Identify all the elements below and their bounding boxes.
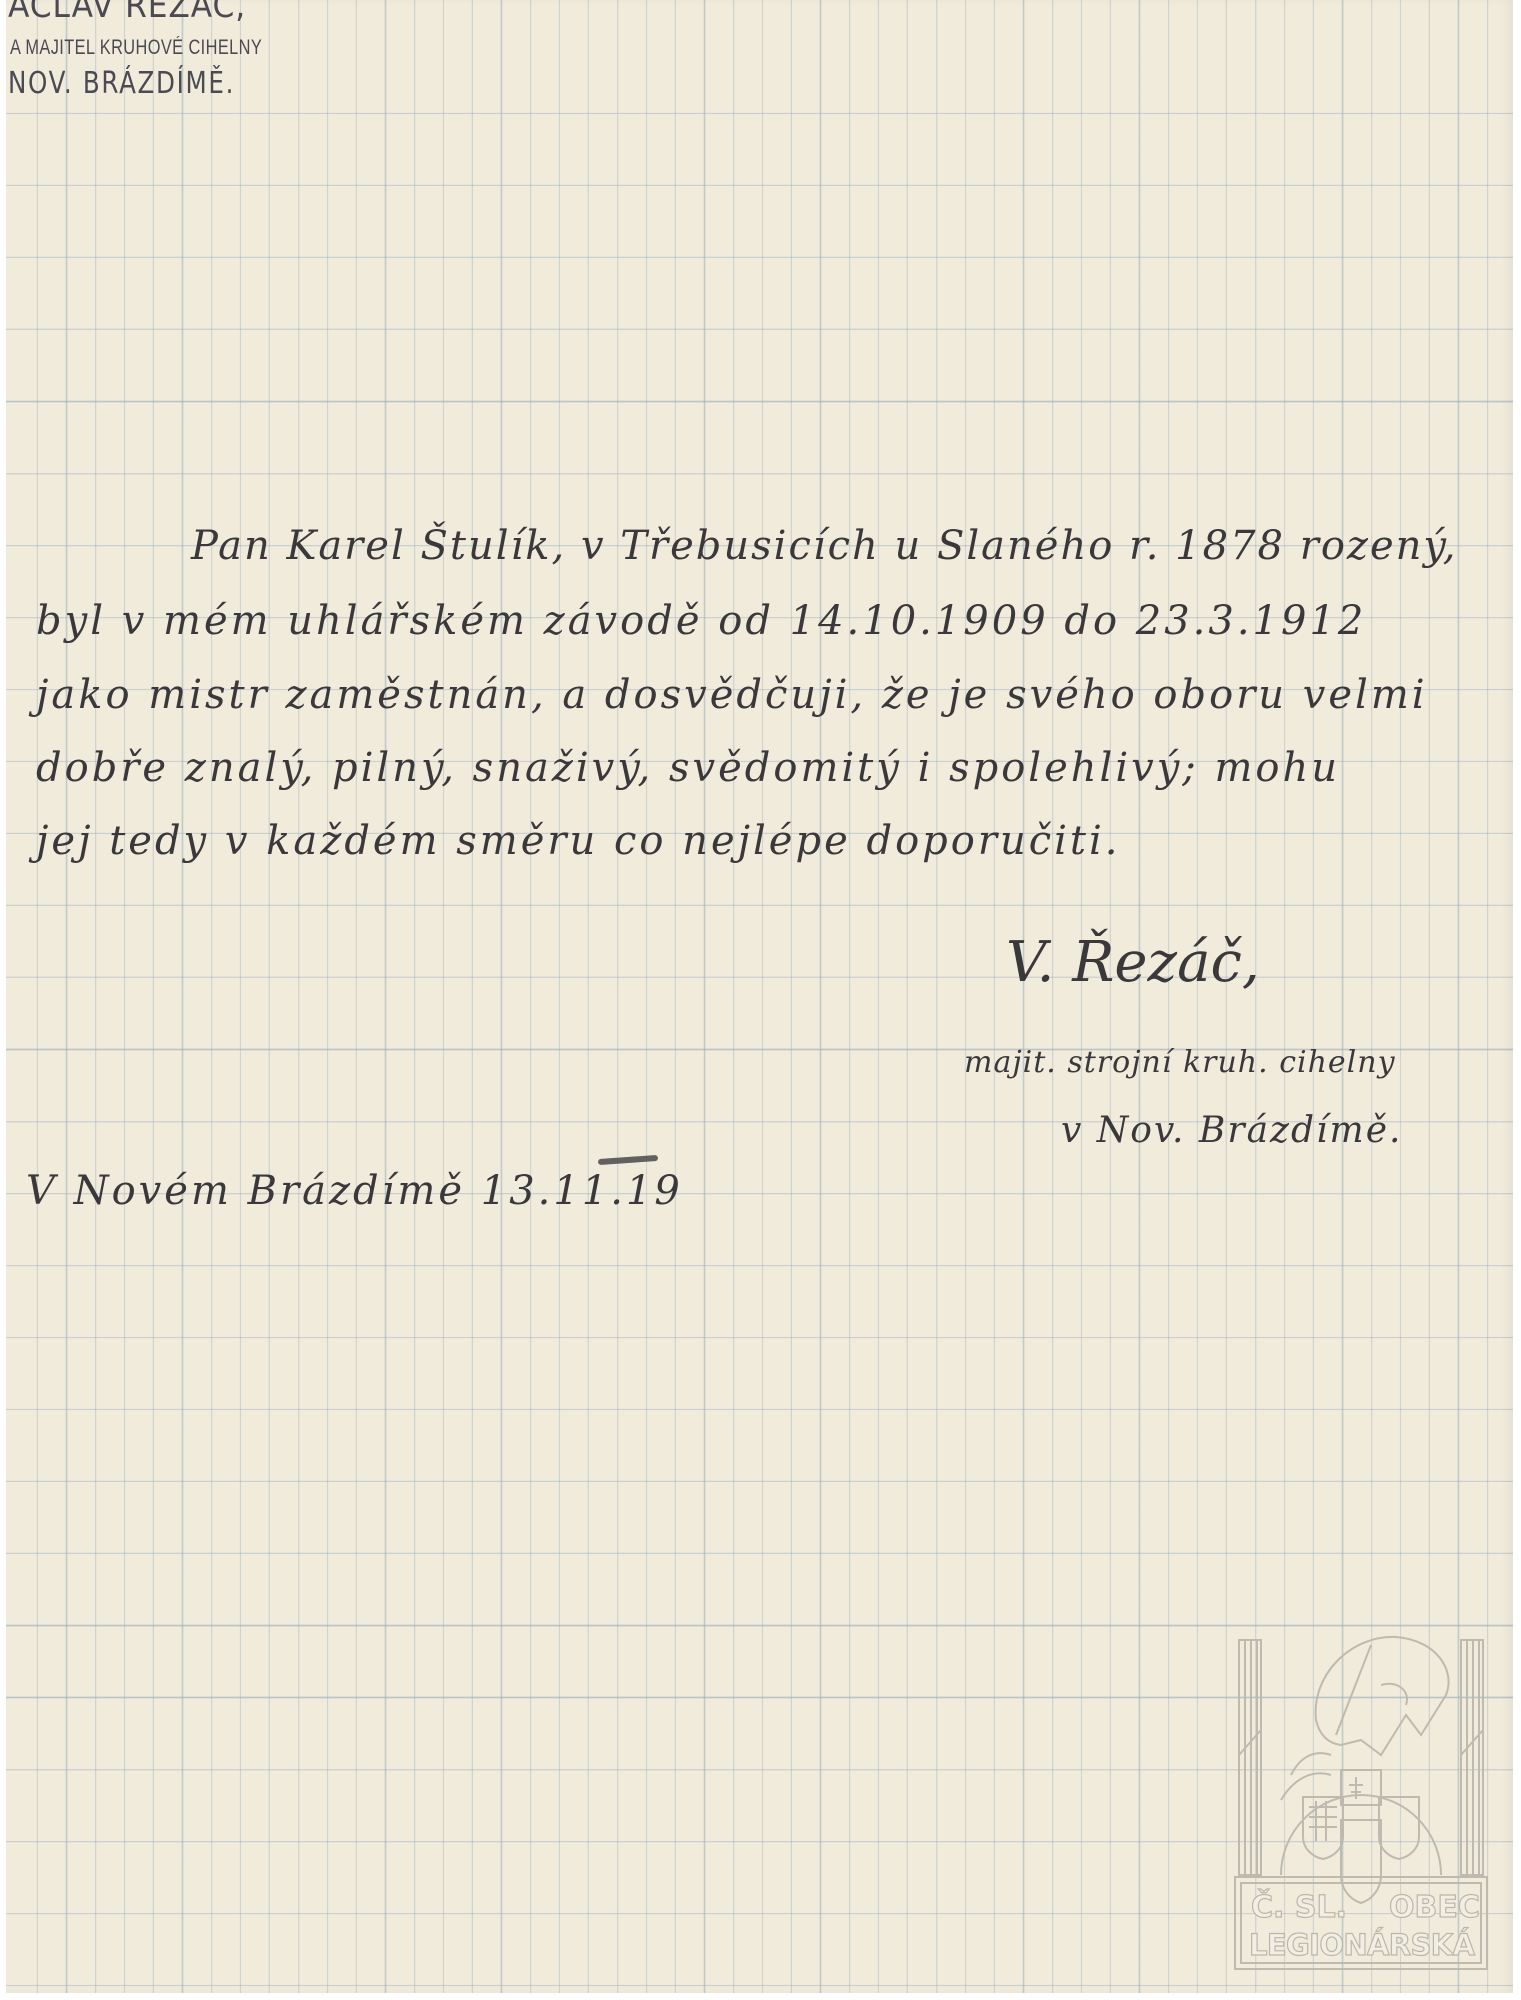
legion-emblem-watermark: Č. SL. OBEC LEGIONÁRSKÁ [1221, 1625, 1501, 1980]
legionary-emblem-icon: Č. SL. OBEC LEGIONÁRSKÁ [1221, 1625, 1501, 1980]
graph-paper-sheet: ÁCLAV ŘEZÁČ, A MAJITEL KRUHOVÉ CIHELNY N… [6, 0, 1513, 1993]
ink-correction-stroke [598, 1155, 658, 1165]
letterhead-name: ÁCLAV ŘEZÁČ, [8, 0, 246, 26]
place-and-date: V Novém Brázdímě 13.11.19 [26, 1168, 683, 1214]
body-line-2: byl v mém uhlářském závodě od 14.10.1909… [36, 598, 1366, 644]
body-line-4: dobře znalý, pilný, snaživý, svědomitý i… [36, 745, 1340, 791]
watermark-text-csl: Č. SL. [1251, 1888, 1347, 1925]
letterhead-place: NOV. BRÁZDÍMĚ. [8, 66, 235, 101]
body-line-5: jej tedy v každém směru co nejlépe dopor… [36, 818, 1121, 864]
signature-name: V. Řezáč, [1006, 930, 1260, 995]
body-line-1: Pan Karel Štulík, v Třebusicích u Slanéh… [191, 523, 1457, 569]
signature-title: majit. strojní kruh. cihelny [964, 1045, 1396, 1080]
signature-place: v Nov. Brázdímě. [1061, 1110, 1402, 1151]
watermark-text-obec: OBEC [1389, 1890, 1480, 1925]
letterhead-title: A MAJITEL KRUHOVÉ CIHELNY [10, 36, 262, 60]
watermark-text-legionarska: LEGIONÁRSKÁ [1249, 1928, 1476, 1962]
body-line-3: jako mistr zaměstnán, a dosvědčuji, že j… [36, 672, 1428, 718]
